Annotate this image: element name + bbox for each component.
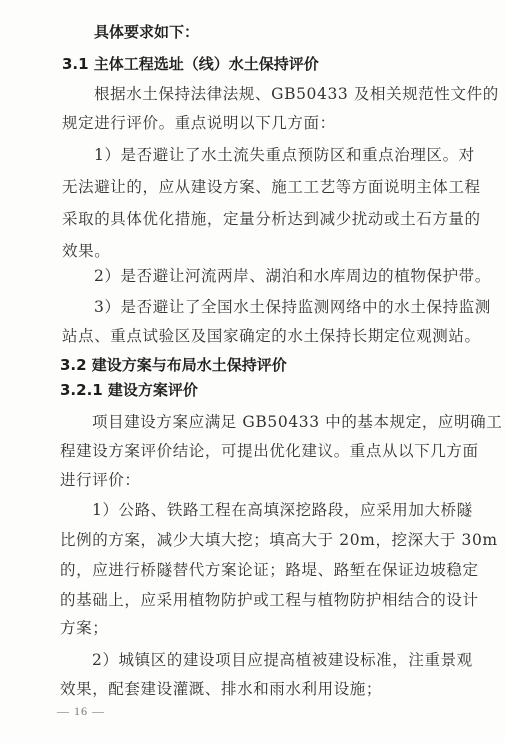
- paragraph-line: 进行评价：: [60, 470, 141, 490]
- paragraph-line: 项目建设方案应满足 GB50433 中的基本规定，应明确工: [92, 412, 502, 432]
- paragraph-line: 规定进行评价。重点说明以下几方面：: [62, 113, 336, 133]
- section-3-2-1-heading: 3.2.1 建设方案评价: [60, 380, 198, 400]
- intro-heading: 具体要求如下：: [94, 22, 199, 42]
- list-item-line: 1）公路、铁路工程在高填深挖路段，应采用加大桥隧: [92, 500, 473, 520]
- list-item-line: 效果。: [62, 241, 110, 261]
- list-item-line: 站点、重点试验区及国家确定的水土保持长期定位观测站。: [62, 326, 481, 346]
- list-item-line: 的基础上，应采用植物防护或工程与植物防护相结合的设计: [60, 590, 479, 610]
- list-item-line: 的，应进行桥隧替代方案论证；路堤、路堑在保证边坡稳定: [60, 560, 479, 580]
- list-item-line: 3）是否避让了全国水土保持监测网络中的水土保持监测: [94, 297, 491, 317]
- list-item-line: 2）是否避让河流两岸、湖泊和水库周边的植物保护带。: [94, 266, 491, 286]
- document-page: 具体要求如下： 3.1 主体工程选址（线）水土保持评价 根据水土保持法律法规、G…: [0, 0, 505, 743]
- page-number: — 16 —: [57, 704, 105, 719]
- list-item-line: 采取的具体优化措施，定量分析达到减少扰动或土石方量的: [62, 209, 481, 229]
- section-3-1-heading: 3.1 主体工程选址（线）水土保持评价: [62, 54, 319, 74]
- paragraph-line: 程建设方案评价结论，可提出优化建议。重点从以下几方面: [60, 441, 479, 461]
- section-3-2-heading: 3.2 建设方案与布局水土保持评价: [60, 355, 287, 375]
- list-item-line: 2）城镇区的建设项目应提高植被建设标准，注重景观: [92, 650, 473, 670]
- list-item-line: 比例的方案，减少大填大挖；填高大于 20m，挖深大于 30m: [60, 530, 498, 550]
- paragraph-line: 根据水土保持法律法规、GB50433 及相关规范性文件的: [94, 84, 499, 104]
- list-item-line: 效果，配套建设灌溉、排水和雨水利用设施；: [60, 679, 382, 699]
- list-item-line: 1）是否避让了水土流失重点预防区和重点治理区。对: [94, 145, 475, 165]
- list-item-line: 无法避让的，应从建设方案、施工工艺等方面说明主体工程: [62, 177, 481, 197]
- list-item-line: 方案；: [60, 618, 108, 638]
